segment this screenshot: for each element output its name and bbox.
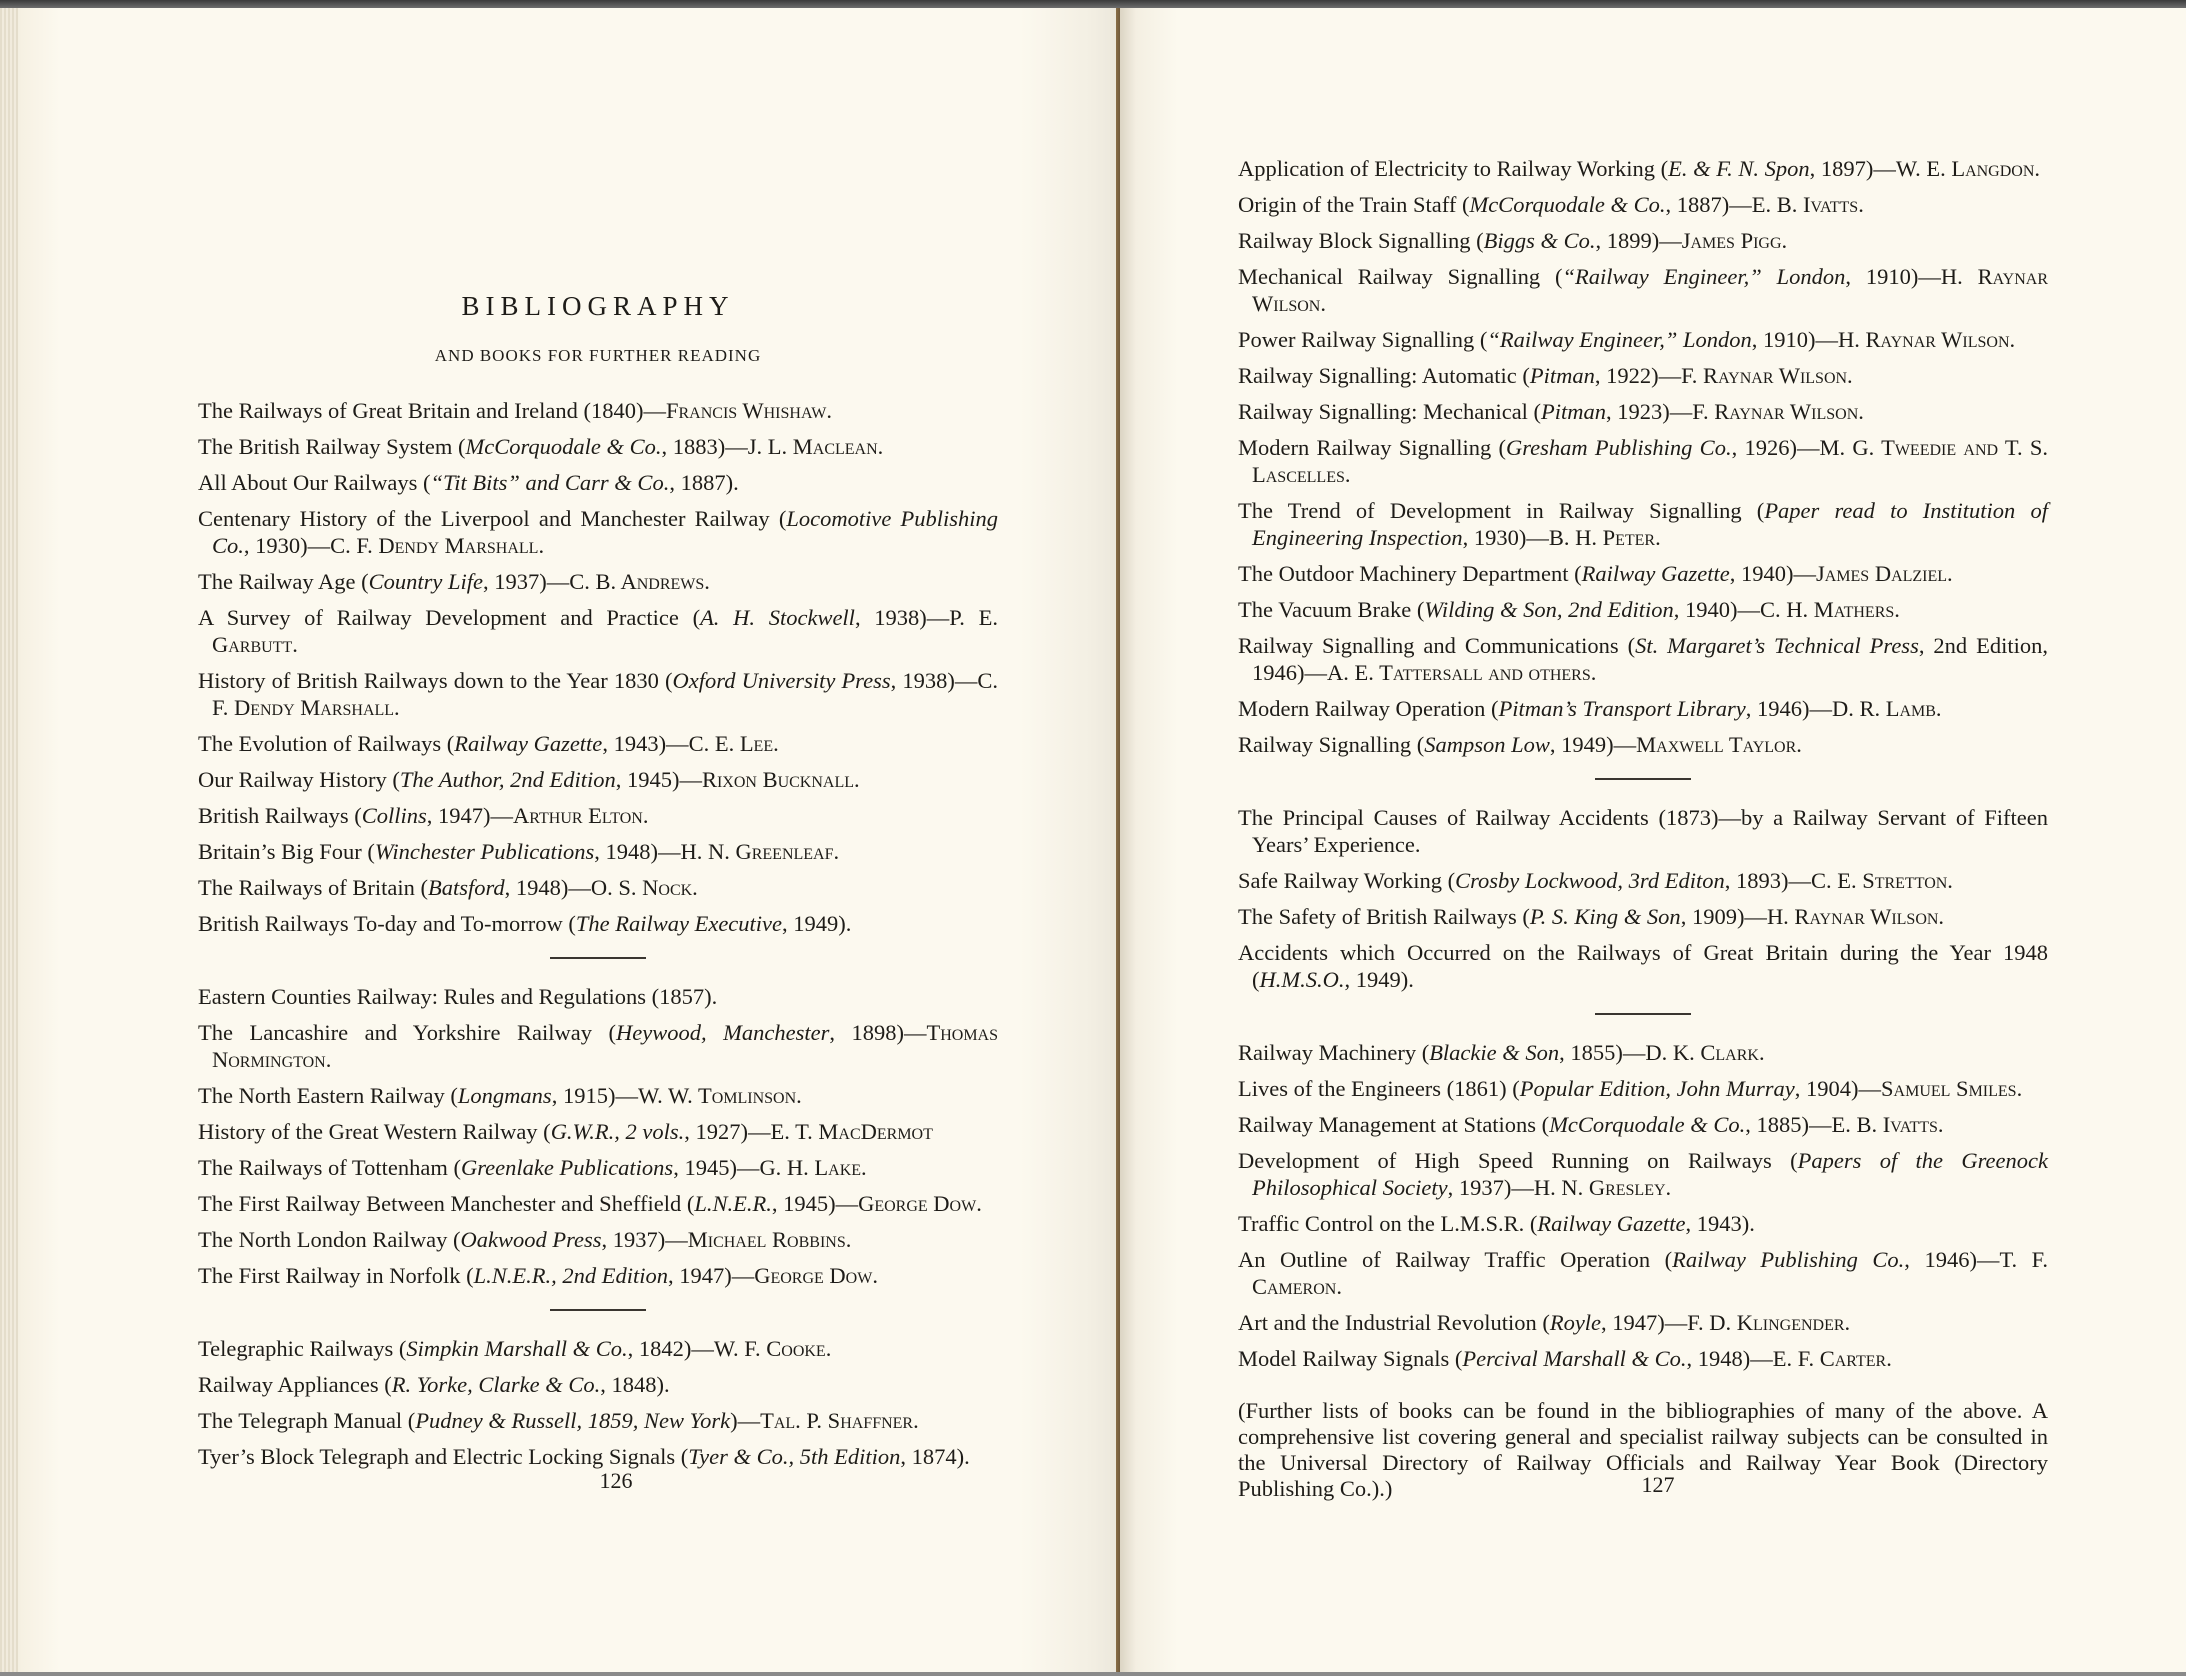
entry-title: Origin of the Train Staff (	[1238, 192, 1469, 217]
entry-title: The Railways of Britain (	[198, 875, 428, 900]
entry-publisher: Pitman’s Transport Library	[1499, 696, 1746, 721]
entry-publisher: Royle	[1550, 1310, 1601, 1335]
entry-author: D. K. Clark.	[1645, 1040, 1764, 1065]
entry-publisher: Blackie & Son	[1429, 1040, 1559, 1065]
entry-title: Our Railway History (	[198, 767, 400, 792]
entry-publisher: Greenlake Publications	[461, 1155, 673, 1180]
entry-author: A. E. Tattersall and others.	[1327, 660, 1596, 685]
entry-title: Tyer’s Block Telegraph and Electric Lock…	[198, 1444, 688, 1469]
entry-author: James Pigg.	[1682, 228, 1787, 253]
entry-rest: , 1893)—	[1725, 868, 1811, 893]
entry-title: Mechanical Railway Signalling (	[1238, 264, 1563, 289]
entry-title: Lives of the Engineers (1861) (	[1238, 1076, 1520, 1101]
page-number-left: 126	[586, 1468, 646, 1494]
entry-rest: , 1949)—	[1550, 732, 1636, 757]
entry-publisher: Popular Edition, John Murray	[1520, 1076, 1795, 1101]
bibliography-entry: History of British Railways down to the …	[198, 667, 998, 721]
entry-title: British Railways To-day and To-morrow (	[198, 911, 576, 936]
entry-title: The First Railway Between Manchester and…	[198, 1191, 694, 1216]
bibliography-entry: Centenary History of the Liverpool and M…	[198, 505, 998, 559]
entry-title: The British Railway System (	[198, 434, 465, 459]
entry-title: The Lancashire and Yorkshire Railway (	[198, 1020, 616, 1045]
entry-author: H. N. Gresley.	[1534, 1175, 1671, 1200]
entry-author: James Dalziel.	[1816, 561, 1953, 586]
entry-rest: , 1947)—	[427, 803, 513, 828]
entry-publisher: The Author, 2nd Edition	[400, 767, 616, 792]
entry-rest: , 1949).	[782, 911, 851, 936]
entry-publisher: Country Life	[369, 569, 483, 594]
bibliography-entry: The Railways of Tottenham (Greenlake Pub…	[198, 1154, 998, 1181]
entry-title: Application of Electricity to Railway Wo…	[1238, 156, 1668, 181]
entry-title: Telegraphic Railways (	[198, 1336, 406, 1361]
entry-publisher: Gresham Publishing Co.	[1506, 435, 1732, 460]
entry-author: C. H. Mathers.	[1760, 597, 1900, 622]
right-page-content: Application of Electricity to Railway Wo…	[1238, 155, 2048, 1502]
entry-publisher: Biggs & Co.	[1484, 228, 1596, 253]
entry-rest: , 1897)—	[1810, 156, 1896, 181]
entry-title: Railway Signalling: Automatic (	[1238, 363, 1530, 388]
entry-publisher: Oxford University Press	[673, 668, 891, 693]
bibliography-entry: All About Our Railways (“Tit Bits” and C…	[198, 469, 998, 496]
entry-author: C. B. Andrews.	[569, 569, 710, 594]
entry-publisher: G.W.R., 2 vols.	[551, 1119, 685, 1144]
entry-author: Maxwell Taylor.	[1636, 732, 1802, 757]
bibliography-entry: Lives of the Engineers (1861) (Popular E…	[1238, 1075, 2048, 1102]
entry-rest: , 1945)—	[673, 1155, 759, 1180]
entry-rest: , 1940)—	[1730, 561, 1816, 586]
entry-publisher: “Railway Engineer,” London	[1563, 264, 1846, 289]
bibliography-entry: The First Railway Between Manchester and…	[198, 1190, 998, 1217]
entry-author: E. B. Ivatts.	[1752, 192, 1864, 217]
entry-rest: , 1943).	[1686, 1211, 1755, 1236]
entry-author: W. W. Tomlinson.	[638, 1083, 802, 1108]
entry-rest: , 1855)—	[1559, 1040, 1645, 1065]
entry-rest: , 1946)—	[1904, 1247, 1999, 1272]
entry-rest: , 1930)—	[1463, 525, 1549, 550]
entry-rest: , 1938)—	[891, 668, 978, 693]
book-gutter	[1116, 8, 1120, 1672]
bibliography-entry: Modern Railway Operation (Pitman’s Trans…	[1238, 695, 2048, 722]
entry-author: E. T. MacDermot	[770, 1119, 932, 1144]
page-title: BIBLIOGRAPHY	[198, 290, 998, 322]
entry-title: The Railways of Great Britain and Irelan…	[198, 398, 666, 423]
entry-title: Railway Signalling: Mechanical (	[1238, 399, 1541, 424]
bibliography-entry: Railway Signalling: Mechanical (Pitman, …	[1238, 398, 2048, 425]
entry-rest: , 1848).	[600, 1372, 669, 1397]
entry-author: H. Raynar Wilson.	[1838, 327, 2015, 352]
entry-publisher: McCorquodale & Co.	[1549, 1112, 1745, 1137]
entry-title: Traffic Control on the L.M.S.R. (	[1238, 1211, 1537, 1236]
entry-rest: , 1937)—	[1448, 1175, 1534, 1200]
entry-publisher: “Railway Engineer,” London	[1487, 327, 1751, 352]
entry-rest: )—	[730, 1408, 760, 1433]
bibliography-entry: Telegraphic Railways (Simpkin Marshall &…	[198, 1335, 998, 1362]
entry-title: The Trend of Development in Railway Sign…	[1238, 498, 1764, 523]
entry-author: C. E. Stretton.	[1811, 868, 1953, 893]
book-spread: BIBLIOGRAPHY AND BOOKS FOR FURTHER READI…	[0, 0, 2186, 1676]
bibliography-entry: Power Railway Signalling (“Railway Engin…	[1238, 326, 2048, 353]
entry-author: Samuel Smiles.	[1881, 1076, 2022, 1101]
entry-title: Centenary History of the Liverpool and M…	[198, 506, 786, 531]
entry-publisher: Simpkin Marshall & Co.	[406, 1336, 627, 1361]
bibliography-entry: The Railways of Britain (Batsford, 1948)…	[198, 874, 998, 901]
bibliography-entry: The Railways of Great Britain and Irelan…	[198, 397, 998, 424]
entry-title: Railway Machinery (	[1238, 1040, 1429, 1065]
left-bibliography: The Railways of Great Britain and Irelan…	[198, 397, 998, 1470]
bibliography-entry: The Evolution of Railways (Railway Gazet…	[198, 730, 998, 757]
bibliography-entry: Model Railway Signals (Percival Marshall…	[1238, 1345, 2048, 1372]
bibliography-entry: Safe Railway Working (Crosby Lockwood, 3…	[1238, 867, 2048, 894]
entry-author: C. F. Dendy Marshall.	[330, 533, 544, 558]
entry-title: The Safety of British Railways (	[1238, 904, 1530, 929]
entry-author: B. H. Peter.	[1549, 525, 1661, 550]
bibliography-entry: Railway Signalling and Communications (S…	[1238, 632, 2048, 686]
entry-publisher: Percival Marshall & Co.	[1462, 1346, 1686, 1371]
entry-publisher: Batsford	[428, 875, 505, 900]
entry-rest: , 1874).	[900, 1444, 969, 1469]
entry-rest: , 1938)—	[855, 605, 949, 630]
bibliography-entry: Our Railway History (The Author, 2nd Edi…	[198, 766, 998, 793]
entry-publisher: Railway Gazette	[454, 731, 602, 756]
entry-author: George Dow.	[858, 1191, 982, 1216]
entry-publisher: Crosby Lockwood, 3rd Editon	[1455, 868, 1725, 893]
entry-title: Modern Railway Operation (	[1238, 696, 1499, 721]
entry-rest: , 1926)—	[1732, 435, 1820, 460]
entry-publisher: McCorquodale & Co.	[465, 434, 661, 459]
entry-rest: , 1910)—	[1752, 327, 1838, 352]
entry-author: Michael Robbins.	[688, 1227, 852, 1252]
entry-rest: , 1943)—	[602, 731, 688, 756]
entry-rest: , 1948)—	[1687, 1346, 1773, 1371]
entry-rest: , 1946)—	[1746, 696, 1832, 721]
entry-rest: , 1883)—	[662, 434, 748, 459]
entry-publisher: L.N.E.R., 2nd Edition	[474, 1263, 668, 1288]
bibliography-entry: Tyer’s Block Telegraph and Electric Lock…	[198, 1443, 998, 1470]
bibliography-entry: Eastern Counties Railway: Rules and Regu…	[198, 983, 998, 1010]
bibliography-entry: Railway Management at Stations (McCorquo…	[1238, 1111, 2048, 1138]
entry-author: W. F. Cooke.	[714, 1336, 831, 1361]
entry-title: The Evolution of Railways (	[198, 731, 454, 756]
bibliography-entry: The Lancashire and Yorkshire Railway (He…	[198, 1019, 998, 1073]
entry-publisher: Tyer & Co., 5th Edition	[688, 1444, 900, 1469]
entry-rest: , 1842)—	[628, 1336, 714, 1361]
entry-publisher: Heywood, Manchester	[616, 1020, 829, 1045]
bibliography-entry: Accidents which Occurred on the Railways…	[1238, 939, 2048, 993]
entry-publisher: McCorquodale & Co.	[1469, 192, 1665, 217]
entry-publisher: St. Margaret’s Technical Press	[1635, 633, 1919, 658]
entry-title: Modern Railway Signalling (	[1238, 435, 1506, 460]
entry-title: Power Railway Signalling (	[1238, 327, 1487, 352]
entry-publisher: L.N.E.R.	[694, 1191, 772, 1216]
entry-author: F. Raynar Wilson.	[1692, 399, 1864, 424]
entry-title: Model Railway Signals (	[1238, 1346, 1462, 1371]
section-divider	[1595, 1013, 1691, 1015]
entry-title: A Survey of Railway Development and Prac…	[198, 605, 700, 630]
entry-author: F. Raynar Wilson.	[1681, 363, 1853, 388]
entry-author: Tal. P. Shaffner.	[760, 1408, 919, 1433]
entry-publisher: Pitman	[1530, 363, 1595, 388]
entry-title: Safe Railway Working (	[1238, 868, 1455, 893]
entry-publisher: H.M.S.O.	[1260, 967, 1345, 992]
left-page-content: BIBLIOGRAPHY AND BOOKS FOR FURTHER READI…	[198, 290, 998, 1479]
bibliography-entry: Railway Appliances (R. Yorke, Clarke & C…	[198, 1371, 998, 1398]
entry-author: J. L. Maclean.	[748, 434, 884, 459]
bibliography-entry: The Outdoor Machinery Department (Railwa…	[1238, 560, 2048, 587]
entry-publisher: E. & F. N. Spon	[1668, 156, 1809, 181]
bibliography-entry: The British Railway System (McCorquodale…	[198, 433, 998, 460]
entry-title: Railway Appliances (	[198, 1372, 392, 1397]
bibliography-entry: An Outline of Railway Traffic Operation …	[1238, 1246, 2048, 1300]
page-subtitle: AND BOOKS FOR FURTHER READING	[198, 346, 998, 366]
entry-title: History of British Railways down to the …	[198, 668, 673, 693]
entry-rest: , 1922)—	[1595, 363, 1681, 388]
entry-author: H. Raynar Wilson.	[1767, 904, 1944, 929]
entry-publisher: Oakwood Press	[460, 1227, 601, 1252]
bibliography-entry: Development of High Speed Running on Rai…	[1238, 1147, 2048, 1201]
bibliography-entry: Art and the Industrial Revolution (Royle…	[1238, 1309, 2048, 1336]
entry-rest: , 1945)—	[616, 767, 702, 792]
entry-author: O. S. Nock.	[591, 875, 698, 900]
bibliography-entry: Modern Railway Signalling (Gresham Publi…	[1238, 434, 2048, 488]
entry-author: H. N. Greenleaf.	[680, 839, 839, 864]
entry-publisher: Railway Gazette	[1537, 1211, 1685, 1236]
entry-publisher: Collins	[362, 803, 427, 828]
entry-title: British Railways (	[198, 803, 362, 828]
bibliography-entry: Railway Signalling (Sampson Low, 1949)—M…	[1238, 731, 2048, 758]
bibliography-entry: The Principal Causes of Railway Accident…	[1238, 804, 2048, 858]
bibliography-entry: History of the Great Western Railway (G.…	[198, 1118, 998, 1145]
bibliography-entry: Origin of the Train Staff (McCorquodale …	[1238, 191, 2048, 218]
bibliography-entry: The Safety of British Railways (P. S. Ki…	[1238, 903, 2048, 930]
entry-title: History of the Great Western Railway (	[198, 1119, 551, 1144]
entry-rest: , 1947)—	[1601, 1310, 1687, 1335]
bibliography-entry: Britain’s Big Four (Winchester Publicati…	[198, 838, 998, 865]
entry-rest: , 1898)—	[829, 1020, 926, 1045]
entry-title: The Telegraph Manual (	[198, 1408, 415, 1433]
entry-author: George Dow.	[754, 1263, 878, 1288]
bibliography-entry: A Survey of Railway Development and Prac…	[198, 604, 998, 658]
entry-title: The First Railway in Norfolk (	[198, 1263, 474, 1288]
entry-publisher: The Railway Executive	[576, 911, 782, 936]
entry-rest: , 1887).	[669, 470, 738, 495]
entry-rest: , 1949).	[1345, 967, 1414, 992]
entry-rest: , 1915)—	[552, 1083, 638, 1108]
left-page-edges	[0, 8, 18, 1672]
entry-rest: , 1927)—	[684, 1119, 770, 1144]
bibliography-entry: The First Railway in Norfolk (L.N.E.R., …	[198, 1262, 998, 1289]
bibliography-entry: The North Eastern Railway (Longmans, 191…	[198, 1082, 998, 1109]
entry-publisher: Railway Gazette	[1582, 561, 1730, 586]
entry-title: The North London Railway (	[198, 1227, 460, 1252]
bibliography-entry: The Railway Age (Country Life, 1937)—C. …	[198, 568, 998, 595]
entry-publisher: Railway Publishing Co.	[1672, 1247, 1904, 1272]
entry-rest: , 1937)—	[602, 1227, 688, 1252]
entry-rest: , 1947)—	[668, 1263, 754, 1288]
section-divider	[1595, 778, 1691, 780]
entry-title: Art and the Industrial Revolution (	[1238, 1310, 1550, 1335]
entry-rest: , 1945)—	[772, 1191, 858, 1216]
bibliography-entry: Railway Machinery (Blackie & Son, 1855)—…	[1238, 1039, 2048, 1066]
entry-publisher: Winchester Publications	[375, 839, 594, 864]
entry-publisher: Pudney & Russell, 1859, New York	[415, 1408, 730, 1433]
entry-author: E. B. Ivatts.	[1831, 1112, 1943, 1137]
entry-publisher: P. S. King & Son	[1530, 904, 1681, 929]
bibliography-entry: British Railways (Collins, 1947)—Arthur …	[198, 802, 998, 829]
entry-title: Eastern Counties Railway: Rules and Regu…	[198, 984, 717, 1009]
entry-title: Britain’s Big Four (	[198, 839, 375, 864]
scan-top-edge	[0, 0, 2186, 8]
entry-author: Rixon Bucknall.	[702, 767, 860, 792]
entry-rest: , 1948)—	[505, 875, 591, 900]
bibliography-entry: Railway Block Signalling (Biggs & Co., 1…	[1238, 227, 2048, 254]
page-number-right: 127	[1628, 1472, 1688, 1498]
entry-title: The Outdoor Machinery Department (	[1238, 561, 1582, 586]
entry-author: D. R. Lamb.	[1832, 696, 1942, 721]
entry-publisher: Sampson Low	[1424, 732, 1550, 757]
bibliography-entry: The North London Railway (Oakwood Press,…	[198, 1226, 998, 1253]
entry-publisher: R. Yorke, Clarke & Co.	[392, 1372, 601, 1397]
bibliography-entry: The Vacuum Brake (Wilding & Son, 2nd Edi…	[1238, 596, 2048, 623]
entry-publisher: Pitman	[1541, 399, 1606, 424]
entry-author: W. E. Langdon.	[1896, 156, 2040, 181]
entry-title: The North Eastern Railway (	[198, 1083, 458, 1108]
scan-bottom-edge	[0, 1672, 2186, 1676]
entry-title: Railway Block Signalling (	[1238, 228, 1484, 253]
entry-author: E. F. Carter.	[1773, 1346, 1892, 1371]
entry-title: An Outline of Railway Traffic Operation …	[1238, 1247, 1672, 1272]
entry-rest: , 1930)—	[244, 533, 330, 558]
entry-publisher: “Tit Bits” and Carr & Co.	[430, 470, 669, 495]
entry-author: Arthur Elton.	[513, 803, 648, 828]
entry-rest: , 1948)—	[594, 839, 680, 864]
entry-rest: , 1937)—	[483, 569, 569, 594]
entry-title: Railway Signalling and Communications (	[1238, 633, 1635, 658]
right-bibliography: Application of Electricity to Railway Wo…	[1238, 155, 2048, 1372]
entry-rest: , 1909)—	[1681, 904, 1767, 929]
section-divider	[550, 957, 646, 959]
entry-author: C. E. Lee.	[689, 731, 779, 756]
entry-title: The Railway Age (	[198, 569, 369, 594]
entry-title: The Vacuum Brake (	[1238, 597, 1424, 622]
entry-publisher: Longmans	[458, 1083, 552, 1108]
entry-publisher: A. H. Stockwell	[700, 605, 855, 630]
bibliography-entry: The Trend of Development in Railway Sign…	[1238, 497, 2048, 551]
entry-rest: , 1899)—	[1596, 228, 1682, 253]
bibliography-entry: The Telegraph Manual (Pudney & Russell, …	[198, 1407, 998, 1434]
entry-rest: , 1910)—	[1845, 264, 1940, 289]
entry-author: Francis Whishaw.	[666, 398, 832, 423]
entry-rest: , 1887)—	[1665, 192, 1751, 217]
bibliography-entry: Mechanical Railway Signalling (“Railway …	[1238, 263, 2048, 317]
entry-rest: , 1940)—	[1674, 597, 1760, 622]
entry-title: The Principal Causes of Railway Accident…	[1238, 805, 2048, 857]
entry-author: F. D. Klingender.	[1687, 1310, 1850, 1335]
entry-title: All About Our Railways (	[198, 470, 430, 495]
entry-title: The Railways of Tottenham (	[198, 1155, 461, 1180]
entry-rest: , 1885)—	[1745, 1112, 1831, 1137]
entry-title: Railway Management at Stations (	[1238, 1112, 1549, 1137]
entry-title: Railway Signalling (	[1238, 732, 1424, 757]
section-divider	[550, 1309, 646, 1311]
bibliography-entry: British Railways To-day and To-morrow (T…	[198, 910, 998, 937]
entry-rest: , 1923)—	[1606, 399, 1692, 424]
entry-author: G. H. Lake.	[759, 1155, 866, 1180]
bibliography-entry: Application of Electricity to Railway Wo…	[1238, 155, 2048, 182]
bibliography-entry: Traffic Control on the L.M.S.R. (Railway…	[1238, 1210, 2048, 1237]
entry-rest: , 1904)—	[1795, 1076, 1881, 1101]
entry-title: Development of High Speed Running on Rai…	[1238, 1148, 1798, 1173]
bibliography-entry: Railway Signalling: Automatic (Pitman, 1…	[1238, 362, 2048, 389]
entry-publisher: Wilding & Son, 2nd Edition	[1424, 597, 1673, 622]
